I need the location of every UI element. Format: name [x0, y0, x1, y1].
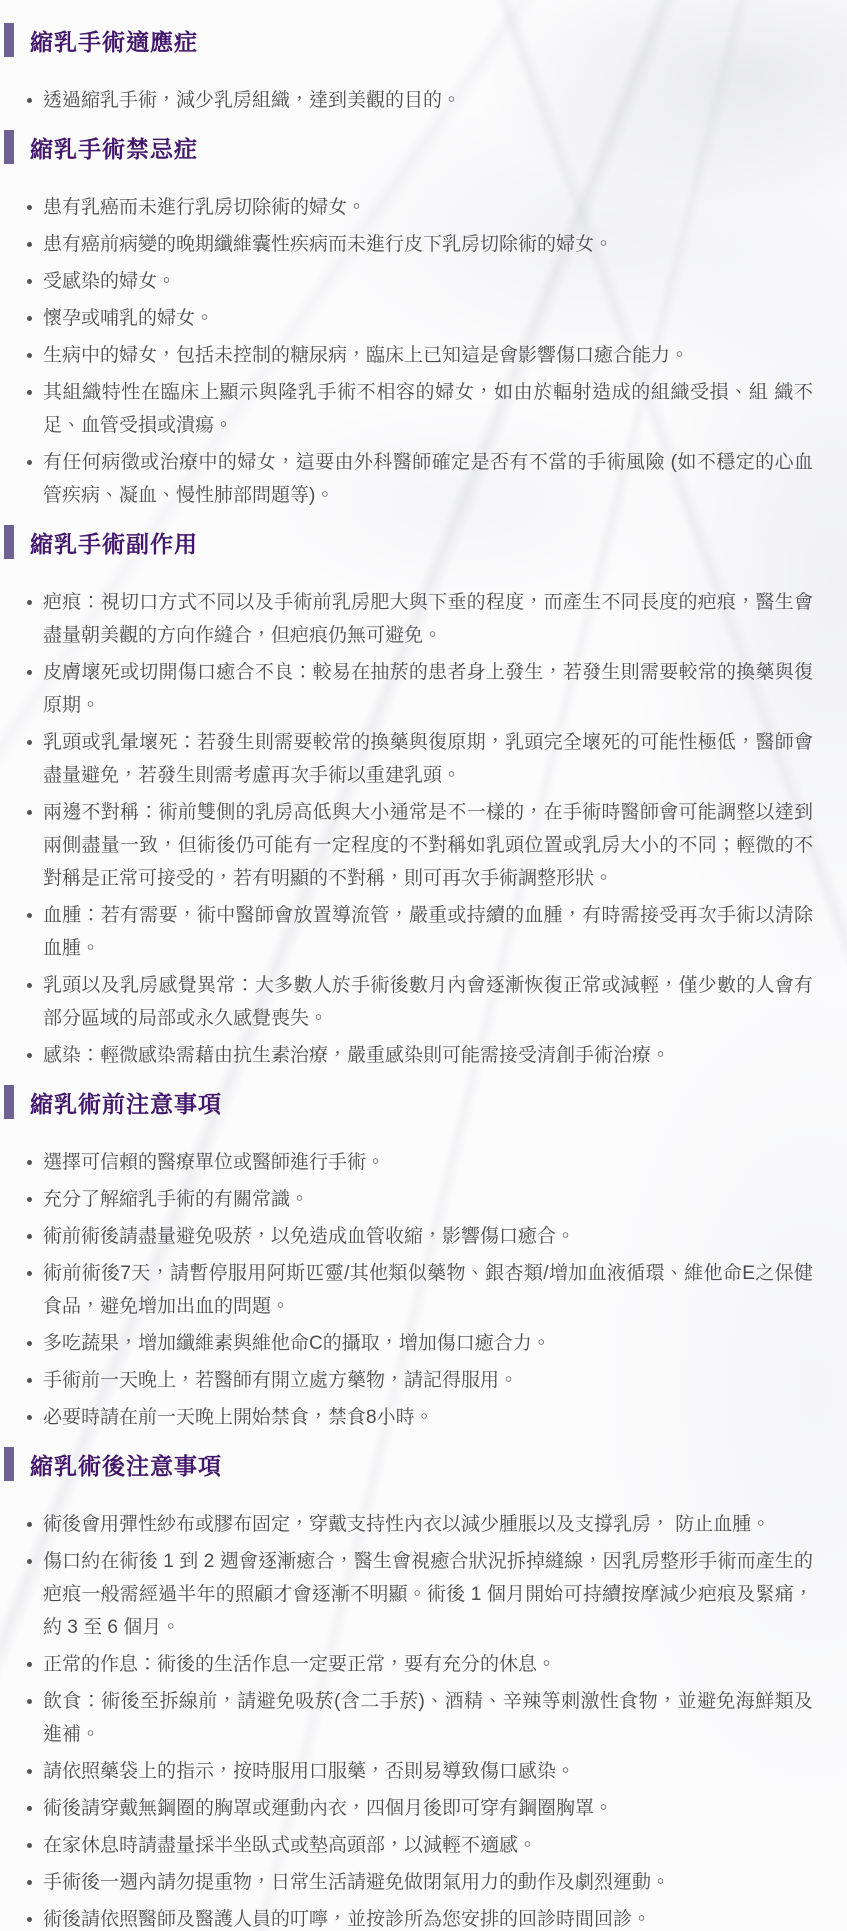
section-accent-bar [4, 23, 14, 57]
list-item: 其組織特性在臨床上顯示與隆乳手術不相容的婦女，如由於輻射造成的組織受損、組 織不… [26, 376, 813, 442]
list-item: 兩邊不對稱：術前雙側的乳房高低與大小通常是不一樣的，在手術時醫師會可能調整以達到… [26, 796, 813, 895]
section: 縮乳手術適應症 透過縮乳手術，減少乳房組織，達到美觀的目的。 [4, 22, 817, 117]
list-item: 乳頭以及乳房感覺異常：大多數人於手術後數月內會逐漸恢復正常或減輕，僅少數的人會有… [26, 969, 813, 1035]
section-header: 縮乳術前注意事項 [4, 1084, 817, 1120]
section-list: 患有乳癌而未進行乳房切除術的婦女。患有癌前病變的晚期纖維囊性疾病而未進行皮下乳房… [4, 191, 817, 512]
list-item: 正常的作息：術後的生活作息一定要正常，要有充分的休息。 [26, 1648, 813, 1681]
section-list: 透過縮乳手術，減少乳房組織，達到美觀的目的。 [4, 84, 817, 117]
list-item: 感染：輕微感染需藉由抗生素治療，嚴重感染則可能需接受清創手術治療。 [26, 1039, 813, 1072]
section-list: 選擇可信賴的醫療單位或醫師進行手術。充分了解縮乳手術的有關常識。術前術後請盡量避… [4, 1146, 817, 1434]
section-accent-bar [4, 525, 14, 559]
list-item: 在家休息時請盡量採半坐臥式或墊高頭部，以減輕不適感。 [26, 1829, 813, 1862]
list-item: 疤痕：視切口方式不同以及手術前乳房肥大與下垂的程度，而產生不同長度的疤痕，醫生會… [26, 586, 813, 652]
section-accent-bar [4, 1085, 14, 1119]
list-item: 生病中的婦女，包括未控制的糖尿病，臨床上已知這是會影響傷口癒合能力。 [26, 339, 813, 372]
section-header: 縮乳手術禁忌症 [4, 129, 817, 165]
section-header: 縮乳術後注意事項 [4, 1446, 817, 1482]
list-item: 選擇可信賴的醫療單位或醫師進行手術。 [26, 1146, 813, 1179]
list-item: 多吃蔬果，增加纖維素與維他命C的攝取，增加傷口癒合力。 [26, 1327, 813, 1360]
list-item: 透過縮乳手術，減少乳房組織，達到美觀的目的。 [26, 84, 813, 117]
section-header: 縮乳手術適應症 [4, 22, 817, 58]
list-item: 懷孕或哺乳的婦女。 [26, 302, 813, 335]
list-item: 請依照藥袋上的指示，按時服用口服藥，否則易導致傷口感染。 [26, 1755, 813, 1788]
section-title: 縮乳術前注意事項 [30, 1086, 222, 1119]
list-item: 有任何病徵或治療中的婦女，這要由外科醫師確定是否有不當的手術風險 (如不穩定的心… [26, 446, 813, 512]
list-item: 患有乳癌而未進行乳房切除術的婦女。 [26, 191, 813, 224]
section-title: 縮乳手術禁忌症 [30, 131, 198, 164]
list-item: 皮膚壞死或切開傷口癒合不良：較易在抽菸的患者身上發生，若發生則需要較常的換藥與復… [26, 656, 813, 722]
section: 縮乳手術禁忌症 患有乳癌而未進行乳房切除術的婦女。患有癌前病變的晚期纖維囊性疾病… [4, 129, 817, 512]
article: 縮乳手術適應症 透過縮乳手術，減少乳房組織，達到美觀的目的。 縮乳手術禁忌症 患… [0, 0, 847, 1931]
list-item: 術後會用彈性紗布或膠布固定，穿戴支持性內衣以減少腫脹以及支撐乳房， 防止血腫。 [26, 1508, 813, 1541]
list-item: 患有癌前病變的晚期纖維囊性疾病而未進行皮下乳房切除術的婦女。 [26, 228, 813, 261]
list-item: 術前術後請盡量避免吸菸，以免造成血管收縮，影響傷口癒合。 [26, 1220, 813, 1253]
section-title: 縮乳手術副作用 [30, 526, 198, 559]
section-header: 縮乳手術副作用 [4, 524, 817, 560]
section: 縮乳術後注意事項 術後會用彈性紗布或膠布固定，穿戴支持性內衣以減少腫脹以及支撐乳… [4, 1446, 817, 1931]
section: 縮乳手術副作用 疤痕：視切口方式不同以及手術前乳房肥大與下垂的程度，而產生不同長… [4, 524, 817, 1072]
list-item: 飲食：術後至拆線前，請避免吸菸(含二手菸)、酒精、辛辣等刺激性食物，並避免海鮮類… [26, 1685, 813, 1751]
list-item: 充分了解縮乳手術的有關常識。 [26, 1183, 813, 1216]
section-accent-bar [4, 1447, 14, 1481]
list-item: 血腫：若有需要，術中醫師會放置導流管，嚴重或持續的血腫，有時需接受再次手術以清除… [26, 899, 813, 965]
section-title: 縮乳術後注意事項 [30, 1448, 222, 1481]
list-item: 術後請穿戴無鋼圈的胸罩或運動內衣，四個月後即可穿有鋼圈胸罩。 [26, 1792, 813, 1825]
list-item: 受感染的婦女。 [26, 265, 813, 298]
section-list: 疤痕：視切口方式不同以及手術前乳房肥大與下垂的程度，而產生不同長度的疤痕，醫生會… [4, 586, 817, 1072]
list-item: 乳頭或乳暈壞死：若發生則需要較常的換藥與復原期，乳頭完全壞死的可能性極低，醫師會… [26, 726, 813, 792]
section-accent-bar [4, 130, 14, 164]
section-list: 術後會用彈性紗布或膠布固定，穿戴支持性內衣以減少腫脹以及支撐乳房， 防止血腫。傷… [4, 1508, 817, 1931]
list-item: 傷口約在術後 1 到 2 週會逐漸癒合，醫生會視癒合狀況拆掉縫線，因乳房整形手術… [26, 1545, 813, 1644]
list-item: 術後請依照醫師及醫護人員的叮嚀，並按診所為您安排的回診時間回診。 [26, 1903, 813, 1931]
section: 縮乳術前注意事項 選擇可信賴的醫療單位或醫師進行手術。充分了解縮乳手術的有關常識… [4, 1084, 817, 1434]
section-title: 縮乳手術適應症 [30, 24, 198, 57]
list-item: 手術後一週內請勿提重物，日常生活請避免做閉氣用力的動作及劇烈運動。 [26, 1866, 813, 1899]
list-item: 手術前一天晚上，若醫師有開立處方藥物，請記得服用。 [26, 1364, 813, 1397]
list-item: 必要時請在前一天晚上開始禁食，禁食8小時。 [26, 1401, 813, 1434]
list-item: 術前術後7天，請暫停服用阿斯匹靈/其他類似藥物、銀杏類/增加血液循環、維他命E之… [26, 1257, 813, 1323]
